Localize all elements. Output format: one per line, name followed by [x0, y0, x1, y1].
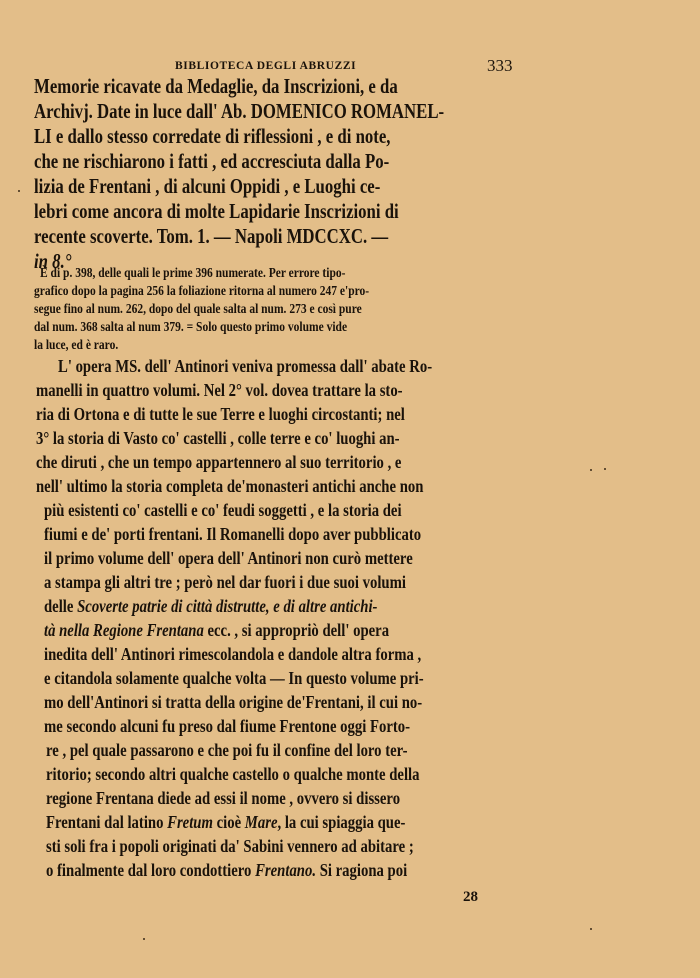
signature-mark: 28 [463, 889, 478, 906]
author-name: DOMENICO [251, 99, 347, 123]
entry-line: lizia de Frentani , di alcuni Oppidi , e… [34, 174, 380, 199]
entry-line: lebri come ancora di molte Lapidarie Ins… [34, 199, 399, 224]
text-segment: cioè [213, 812, 245, 832]
body-line: che diruti , che un tempo appartennero a… [36, 452, 401, 473]
print-speck [18, 190, 20, 192]
body-line: tà nella Regione Frentana ecc. , si appr… [44, 620, 389, 641]
note-line: È di p. 398, delle quali le prime 396 nu… [40, 265, 345, 281]
entry-line: recente scoverte. Tom. 1. — Napoli MDCCX… [34, 224, 388, 249]
body-line: manelli in quattro volumi. Nel 2° vol. d… [36, 380, 403, 401]
italic-word: Mare [245, 812, 278, 832]
body-line: fiumi e de' porti frentani. Il Romanelli… [44, 524, 421, 545]
entry-line: Archivj. Date in luce dall' Ab. DOMENICO… [34, 99, 444, 124]
print-speck [590, 469, 592, 471]
book-page: BIBLIOTECA DEGLI ABRUZZI 333 Memorie ric… [0, 0, 700, 978]
note-line: la luce, ed è raro. [34, 337, 118, 353]
text-segment: ecc. , si appropriò dell' opera [204, 620, 389, 640]
print-speck [604, 468, 606, 470]
author-surname-cont: LI [34, 124, 52, 148]
body-line: ria di Ortona e di tutte le sue Terre e … [36, 404, 405, 425]
text-segment: o finalmente dal loro condottiero [46, 860, 255, 880]
body-line: nell' ultimo la storia completa de'monas… [36, 476, 423, 497]
print-speck [143, 938, 145, 940]
text-segment: Frentani dal latino [46, 812, 167, 832]
italic-title: tà nella Regione Frentana [44, 620, 204, 640]
page-number: 333 [487, 56, 513, 76]
note-line: segue fino al num. 262, dopo del quale s… [34, 301, 362, 317]
text-segment: , la cui spiaggia que- [277, 812, 405, 832]
running-title: BIBLIOTECA DEGLI ABRUZZI [175, 60, 356, 72]
body-line: più esistenti co' castelli e co' feudi s… [44, 500, 402, 521]
body-line: e citandola solamente qualche volta — In… [44, 668, 424, 689]
body-line: il primo volume dell' opera dell' Antino… [44, 548, 413, 569]
entry-line: Memorie ricavate da Medaglie, da Inscriz… [34, 74, 398, 99]
author-surname: ROMANEL- [351, 99, 444, 123]
body-line: mo dell'Antinori si tratta della origine… [44, 692, 422, 713]
body-line: delle Scoverte patrie di città distrutte… [44, 596, 377, 617]
italic-word: Fretum [167, 812, 213, 832]
entry-line: LI e dallo stesso corredate di riflessio… [34, 124, 391, 149]
print-speck [590, 928, 592, 930]
body-line: o finalmente dal loro condottiero Frenta… [46, 860, 407, 881]
body-line: re , pel quale passarono e che poi fu il… [46, 740, 408, 761]
italic-word: Frentano. [255, 860, 316, 880]
body-line: ritorio; secondo altri qualche castello … [46, 764, 420, 785]
italic-title: Scoverte patrie di città distrutte, e di… [77, 596, 377, 616]
body-line: 3° la storia di Vasto co' castelli , col… [36, 428, 400, 449]
body-line: L' opera MS. dell' Antinori veniva prome… [58, 356, 432, 377]
entry-line: che ne rischiarono i fatti , ed accresci… [34, 149, 389, 174]
note-line: grafico dopo la pagina 256 la foliazione… [34, 283, 369, 299]
body-line: Frentani dal latino Fretum cioè Mare, la… [46, 812, 405, 833]
body-line: me secondo alcuni fu preso dal fiume Fre… [44, 716, 410, 737]
note-line: dal num. 368 salta al num 379. = Solo qu… [34, 319, 347, 335]
body-line: regione Frentana diede ad essi il nome ,… [46, 788, 400, 809]
body-line: inedita dell' Antinori rimescolandola e … [44, 644, 421, 665]
text-segment: delle [44, 596, 77, 616]
body-line: sti soli fra i popoli originati da' Sabi… [46, 836, 414, 857]
text-segment: Si ragiona poi [316, 860, 407, 880]
body-line: a stampa gli altri tre ; però nel dar fu… [44, 572, 406, 593]
